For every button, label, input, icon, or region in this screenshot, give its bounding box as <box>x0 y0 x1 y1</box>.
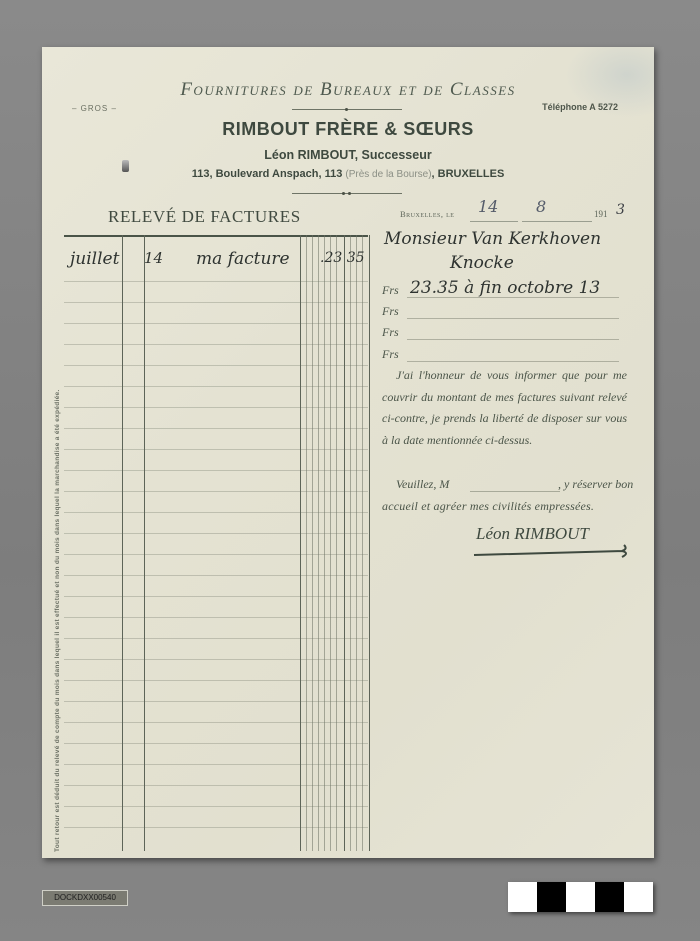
date-day: 14 <box>478 197 498 216</box>
calibration-swatch-white <box>624 882 653 912</box>
ornament-dot <box>345 108 348 111</box>
letter-body: J'ai l'honneur de vous informer que pour… <box>382 365 627 451</box>
frs-amount: 23.35 à fin octobre 13 <box>410 278 600 298</box>
ornament-dot <box>348 192 351 195</box>
reserver-text: , y réserver bon <box>558 477 633 492</box>
ornament-dot <box>342 192 345 195</box>
letter-body-text: J'ai l'honneur de vous informer que pour… <box>382 368 627 447</box>
wholesale-label: – GROS – <box>72 104 117 113</box>
firm-name: RIMBOUT FRÈRE & SŒURS <box>42 119 654 140</box>
telephone-number: Téléphone A 5272 <box>542 102 618 112</box>
entry-amount: .23 35 <box>320 250 365 266</box>
date-day-line <box>470 221 518 222</box>
archive-reference: DOCKDXX00540 <box>42 890 128 906</box>
frs-label: Frs <box>382 325 399 340</box>
invoice-statement-sheet: Fournitures de Bureaux et de Classes – G… <box>42 47 654 858</box>
address-line: 113, Boulevard Anspach, 113 (Près de la … <box>42 168 654 180</box>
letterhead-tagline: Fournitures de Bureaux et de Classes <box>42 79 654 101</box>
calibration-swatch-black <box>537 882 566 912</box>
frs-label: Frs <box>382 304 399 319</box>
entry-month: juillet <box>70 249 119 269</box>
calibration-swatch-white <box>508 882 537 912</box>
calibration-swatch-white <box>566 882 595 912</box>
ledger-col-divider <box>122 235 123 851</box>
year-suffix: 3 <box>616 202 625 218</box>
recipient-city: Knocke <box>450 253 514 273</box>
statement-title: RELEVÉ DE FACTURES <box>108 207 301 227</box>
ledger-col-divider <box>344 235 345 851</box>
signature-flourish <box>472 543 632 563</box>
date-month-line <box>522 221 592 222</box>
calibration-swatch-black <box>595 882 624 912</box>
veuillez-label: Veuillez, M <box>396 477 449 492</box>
year-prefix: 191 <box>594 209 608 219</box>
addressee-blank <box>470 491 560 492</box>
recipient-name: Monsieur Van Kerkhoven <box>384 229 601 249</box>
closing-line: accueil et agréer mes civilités empressé… <box>382 499 594 514</box>
entry-description: ma facture <box>196 249 290 269</box>
signature: Léon RIMBOUT <box>476 524 589 544</box>
ornament-rule-bottom <box>292 193 402 194</box>
margin-note: Tout retour est déduit du relevé de comp… <box>54 322 61 852</box>
ledger-col-divider <box>369 235 370 851</box>
successor-line: Léon RIMBOUT, Successeur <box>42 148 654 162</box>
address-note: (Près de la Bourse) <box>345 169 431 180</box>
ledger-col-divider <box>144 235 145 851</box>
address-main: 113, Boulevard Anspach, 113 <box>192 168 346 180</box>
date-month: 8 <box>536 197 546 216</box>
entry-day: 14 <box>144 249 163 267</box>
ledger-col-divider <box>300 235 301 851</box>
frs-label: Frs <box>382 283 399 298</box>
ledger-table: juillet 14 ma facture .23 35 <box>64 235 374 851</box>
frs-label: Frs <box>382 347 399 362</box>
address-city: , BRUXELLES <box>432 168 505 180</box>
calibration-color-bar <box>508 882 653 912</box>
ledger-top-rule <box>64 235 368 237</box>
place-label: Bruxelles, le <box>400 209 454 219</box>
